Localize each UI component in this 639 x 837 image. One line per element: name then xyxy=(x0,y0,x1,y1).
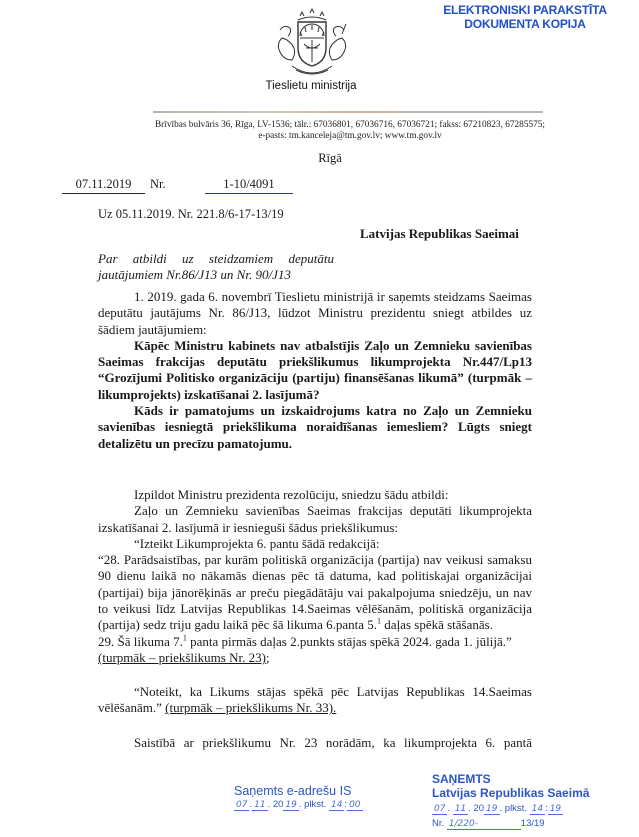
letterhead-divider xyxy=(153,111,543,113)
paragraph-intro: 1. 2019. gada 6. novembrī Tieslietu mini… xyxy=(98,289,532,338)
addressee: Latvijas Republikas Saeimai xyxy=(360,226,519,242)
document-body: 1. 2019. gada 6. novembrī Tieslietu mini… xyxy=(98,289,532,452)
paragraph-article-28: “28. Parādsaistības, par kurām politiskā… xyxy=(98,552,532,633)
ministry-name: Tieslietu ministrija xyxy=(200,80,422,92)
document-date: 07.11.2019 xyxy=(62,177,145,194)
paragraph-proposals: Zaļo un Zemnieku savienības Saeimas frak… xyxy=(98,503,532,536)
latvia-coat-of-arms-icon xyxy=(262,8,362,80)
document-body-continuation: Saistībā ar priekšlikumu Nr. 23 norādām,… xyxy=(98,735,532,751)
reference-line: Uz 05.11.2019. Nr. 221.8/6-17-13/19 xyxy=(98,207,284,222)
stamp-datetime: 07. 11. 2019. plkst. 14:19 xyxy=(432,803,632,815)
city: Rīgā xyxy=(290,151,370,166)
letterhead-address: Brīvības bulvāris 36, Rīga, LV-1536; tāl… xyxy=(120,120,580,142)
paragraph-proposal-23-analysis: Saistībā ar priekšlikumu Nr. 23 norādām,… xyxy=(98,735,532,751)
stamp-datetime: 07.11. 2019. plkst. 14:00 xyxy=(234,799,394,811)
stamp-heading: SAŅEMTS xyxy=(432,772,632,786)
paragraph-article-29: 29. Šā likuma 7.1 panta pirmās daļas 2.p… xyxy=(98,634,532,667)
paragraph-proposal-33: “Noteikt, ka Likums stājas spēkā pēc Lat… xyxy=(98,684,532,717)
document-body-answer: Izpildot Ministru prezidenta rezolūciju,… xyxy=(98,487,532,666)
proposal-23-ref: (turpmāk – priekšlikums Nr. 23) xyxy=(98,650,266,665)
received-eaddress-stamp: Saņemts e-adrešu IS 07.11. 2019. plkst. … xyxy=(234,784,394,811)
question-1: Kāpēc Ministru kabinets nav atbalstījis … xyxy=(98,338,532,403)
stamp-line-1: ELEKTRONISKI PARAKSTĪTA xyxy=(420,3,630,17)
document-nr: 1-10/4091 xyxy=(205,177,293,194)
stamp-institution: Latvijas Republikas Saeimā xyxy=(432,786,632,800)
document-nr-label: Nr. xyxy=(150,177,166,192)
document-subject: Par atbildi uz steidzamiem deputātu jaut… xyxy=(98,251,334,283)
address-line-2: e-pasts: tm.kanceleja@tm.gov.lv; www.tm.… xyxy=(120,131,580,142)
received-saeima-stamp: SAŅEMTS Latvijas Republikas Saeimā 07. 1… xyxy=(432,772,632,830)
paragraph-resolution: Izpildot Ministru prezidenta rezolūciju,… xyxy=(98,487,532,503)
electronic-signature-stamp: ELEKTRONISKI PARAKSTĪTA DOKUMENTA KOPIJA xyxy=(420,3,630,31)
paragraph-proposal-intro: “Izteikt Likumprojekta 6. pantu šādā red… xyxy=(98,536,532,552)
question-2: Kāds ir pamatojums un izskaidrojums katr… xyxy=(98,403,532,452)
proposal-33-ref: (turpmāk – priekšlikums Nr. 33). xyxy=(165,700,336,715)
address-line-1: Brīvības bulvāris 36, Rīga, LV-1536; tāl… xyxy=(120,120,580,131)
stamp-registration-number: Nr. 1/220-13/19 xyxy=(432,818,632,830)
stamp-line-2: DOKUMENTA KOPIJA xyxy=(420,17,630,31)
stamp-title: Saņemts e-adrešu IS xyxy=(234,784,394,798)
document-body-proposal-33: “Noteikt, ka Likums stājas spēkā pēc Lat… xyxy=(98,684,532,717)
